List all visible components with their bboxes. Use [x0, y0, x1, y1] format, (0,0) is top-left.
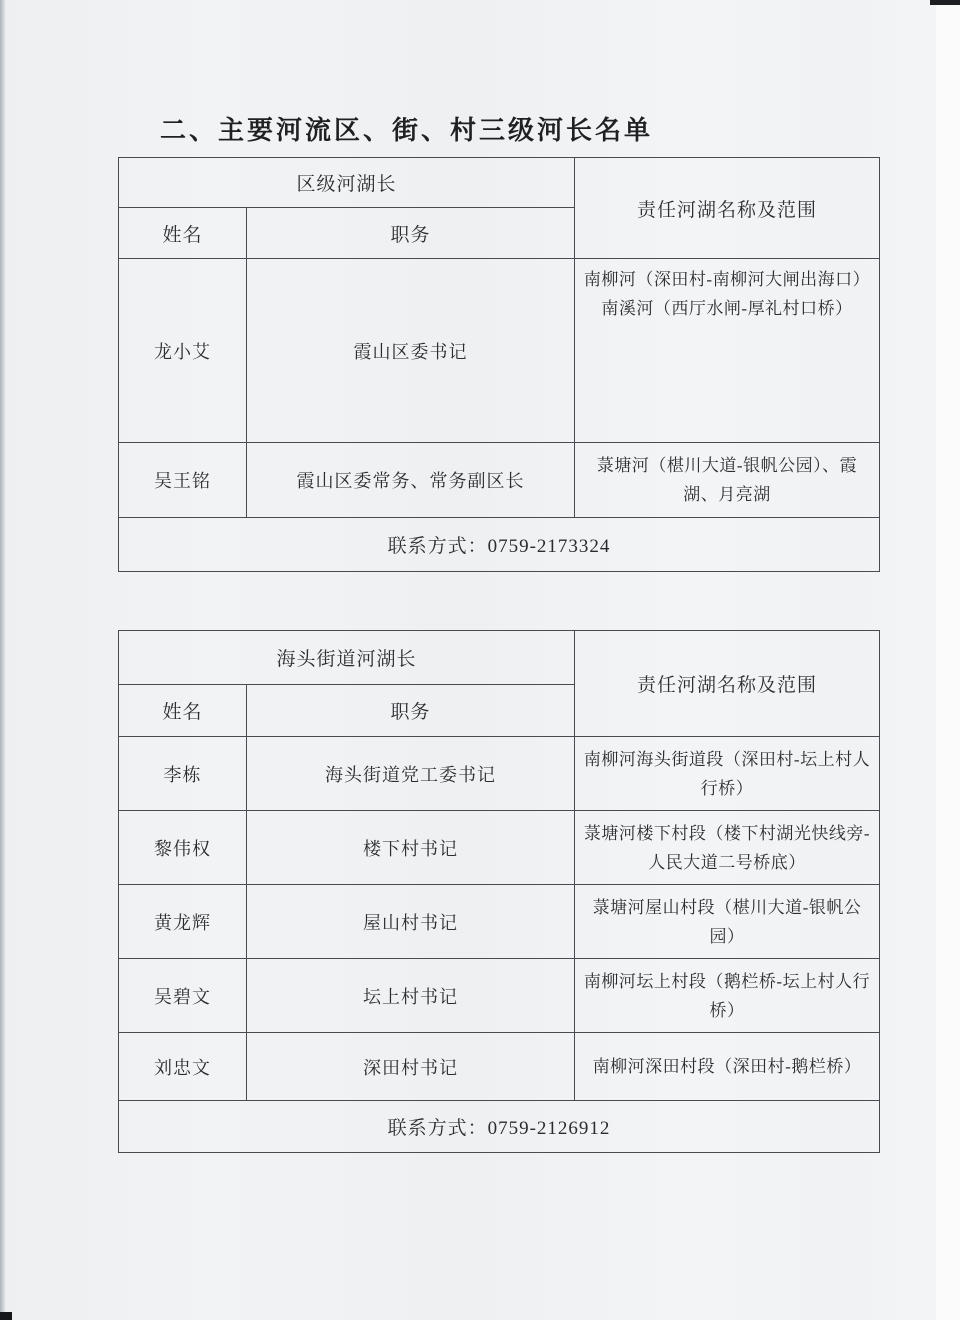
table-row: 李栋 海头街道党工委书记 南柳河海头街道段（深田村-坛上村人行桥）: [119, 737, 880, 811]
name-cell: 吴王铭: [119, 443, 247, 518]
contact-cell: 联系方式：0759-2126912: [119, 1101, 880, 1153]
scope-header-cell: 责任河湖名称及范围: [575, 158, 880, 259]
scope-cell: 南柳河坛上村段（鹅栏桥-坛上村人行桥）: [575, 959, 880, 1033]
duty-cell: 霞山区委常务、常务副区长: [247, 443, 575, 518]
name-cell: 龙小艾: [119, 259, 247, 443]
name-cell: 黄龙辉: [119, 885, 247, 959]
duty-cell: 海头街道党工委书记: [247, 737, 575, 811]
table-row: 龙小艾 霞山区委书记 南柳河（深田村-南柳河大闸出海口） 南溪河（西厅水闸-厚礼…: [119, 259, 880, 443]
table-header-row: 海头街道河湖长 责任河湖名称及范围: [119, 631, 880, 685]
table-row: 吴王铭 霞山区委常务、常务副区长 菉塘河（椹川大道-银帆公园）、霞湖、月亮湖: [119, 443, 880, 518]
name-cell: 刘忠文: [119, 1033, 247, 1101]
scope-cell: 菉塘河屋山村段（椹川大道-银帆公园）: [575, 885, 880, 959]
contact-row: 联系方式：0759-2173324: [119, 518, 880, 572]
contact-row: 联系方式：0759-2126912: [119, 1101, 880, 1153]
scope-cell: 菉塘河楼下村段（楼下村湖光快线旁-人民大道二号桥底）: [575, 811, 880, 885]
scan-left-edge-shadow: [0, 0, 6, 1320]
duty-cell: 霞山区委书记: [247, 259, 575, 443]
district-river-chiefs-table: 区级河湖长 责任河湖名称及范围 姓名 职务 龙小艾 霞山区委书记 南柳河（深田村…: [118, 157, 880, 572]
duty-cell: 楼下村书记: [247, 811, 575, 885]
scan-corner-artifact-bottom-left: [0, 1312, 12, 1320]
table-row: 吴碧文 坛上村书记 南柳河坛上村段（鹅栏桥-坛上村人行桥）: [119, 959, 880, 1033]
scanned-document-page: 二、主要河流区、街、村三级河长名单 区级河湖长 责任河湖名称及范围 姓名 职务 …: [0, 0, 960, 1320]
scope-cell: 南柳河（深田村-南柳河大闸出海口） 南溪河（西厅水闸-厚礼村口桥）: [575, 259, 880, 443]
haitou-street-river-chiefs-table: 海头街道河湖长 责任河湖名称及范围 姓名 职务 李栋 海头街道党工委书记 南柳河…: [118, 630, 880, 1153]
scan-corner-artifact-top-right: [930, 0, 960, 5]
scope-cell: 菉塘河（椹川大道-银帆公园）、霞湖、月亮湖: [575, 443, 880, 518]
page-title: 二、主要河流区、街、村三级河长名单: [160, 110, 653, 147]
duty-cell: 屋山村书记: [247, 885, 575, 959]
name-cell: 李栋: [119, 737, 247, 811]
scope-cell: 南柳河深田村段（深田村-鹅栏桥）: [575, 1033, 880, 1101]
name-cell: 黎伟权: [119, 811, 247, 885]
table-row: 刘忠文 深田村书记 南柳河深田村段（深田村-鹅栏桥）: [119, 1033, 880, 1101]
name-column-header: 姓名: [119, 685, 247, 737]
table-row: 黄龙辉 屋山村书记 菉塘河屋山村段（椹川大道-银帆公园）: [119, 885, 880, 959]
contact-cell: 联系方式：0759-2173324: [119, 518, 880, 572]
group-header-cell: 区级河湖长: [119, 158, 575, 208]
name-cell: 吴碧文: [119, 959, 247, 1033]
duty-column-header: 职务: [247, 685, 575, 737]
scope-header-cell: 责任河湖名称及范围: [575, 631, 880, 737]
table-header-row: 区级河湖长 责任河湖名称及范围: [119, 158, 880, 208]
scope-cell: 南柳河海头街道段（深田村-坛上村人行桥）: [575, 737, 880, 811]
group-header-cell: 海头街道河湖长: [119, 631, 575, 685]
table-row: 黎伟权 楼下村书记 菉塘河楼下村段（楼下村湖光快线旁-人民大道二号桥底）: [119, 811, 880, 885]
duty-column-header: 职务: [247, 208, 575, 259]
name-column-header: 姓名: [119, 208, 247, 259]
duty-cell: 深田村书记: [247, 1033, 575, 1101]
scan-right-edge-strip: [936, 0, 960, 1320]
duty-cell: 坛上村书记: [247, 959, 575, 1033]
